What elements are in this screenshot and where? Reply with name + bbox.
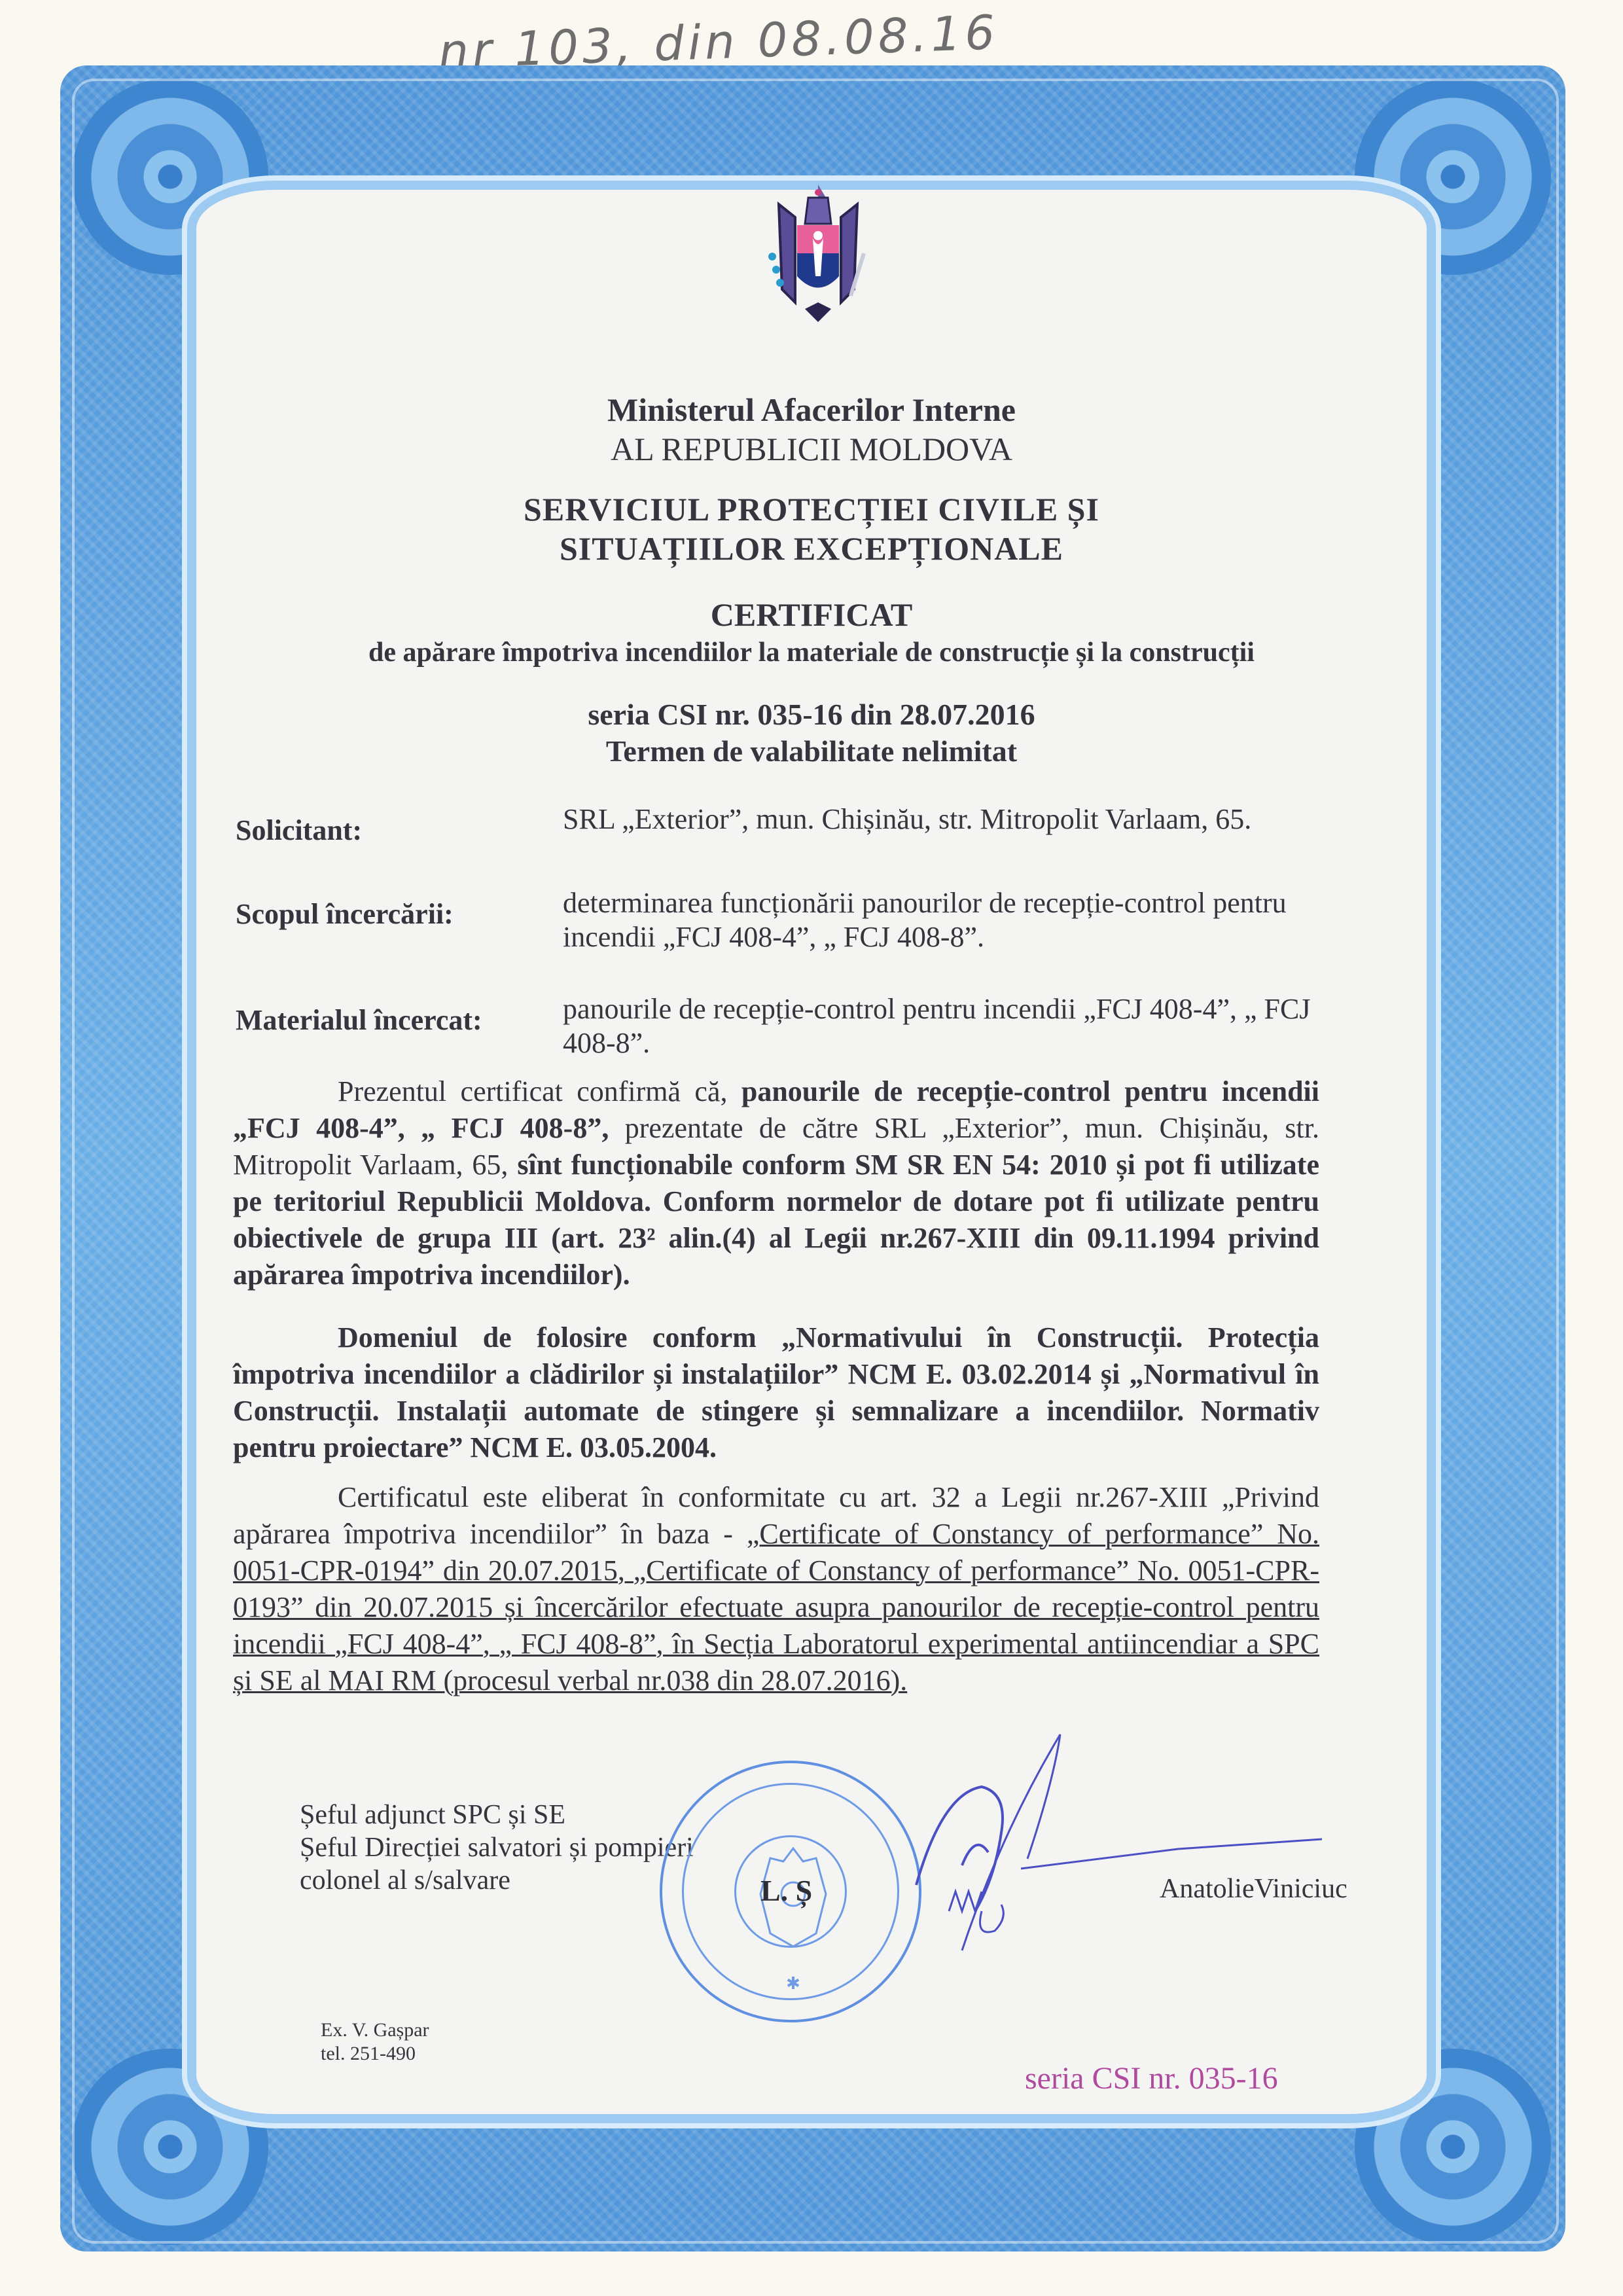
field-tested-material: Materialul încercat: panourile de recepț… xyxy=(236,992,1322,1060)
field-label: Scopul încercării: xyxy=(236,886,563,954)
legal-basis-paragraph: Certificatul este eliberat în conformita… xyxy=(233,1479,1319,1699)
service-heading: SERVICIUL PROTECȚIEI CIVILE ȘI SITUAȚIIL… xyxy=(196,490,1427,568)
seal-placement-mark: L. Ș xyxy=(760,1873,812,1908)
signatory-titles: Șeful adjunct SPC și SE Șeful Direcției … xyxy=(300,1799,694,1897)
certificate-subtitle: de apărare împotriva incendiilor la mate… xyxy=(196,634,1427,672)
field-label: Solicitant: xyxy=(236,802,563,848)
ministry-heading: Ministerul Afacerilor Interne AL REPUBLI… xyxy=(196,390,1427,469)
executor-name: Ex. V. Gașpar xyxy=(321,2018,429,2042)
service-name-line2: SITUAȚIILOR EXCEPȚIONALE xyxy=(196,529,1427,568)
coat-of-arms-icon xyxy=(753,178,883,329)
field-value: determinarea funcționării panourilor de … xyxy=(563,886,1322,954)
svg-text:✱: ✱ xyxy=(786,1974,800,1993)
text-run: Prezentul certificat confirmă că, xyxy=(338,1075,741,1107)
serial-number-stamp: seria CSI nr. 035-16 xyxy=(1025,2060,1278,2096)
signatory-title-line1: Șeful adjunct SPC și SE xyxy=(300,1799,694,1831)
certificate-fields: Solicitant: SRL „Exterior”, mun. Chișină… xyxy=(236,802,1322,1098)
handwritten-signature-icon xyxy=(903,1715,1322,1964)
signatory-title-line3: colonel al s/salvare xyxy=(300,1864,694,1897)
field-value: panourile de recepție-control pentru inc… xyxy=(563,992,1322,1060)
certificate-heading: CERTIFICAT de apărare împotriva incendii… xyxy=(196,596,1427,672)
certificate-series: seria CSI nr. 035-16 din 28.07.2016 xyxy=(196,696,1427,733)
service-name-line1: SERVICIUL PROTECȚIEI CIVILE ȘI xyxy=(196,490,1427,529)
confirmation-paragraph: Prezentul certificat confirmă că, panour… xyxy=(233,1073,1319,1293)
field-value: SRL „Exterior”, mun. Chișinău, str. Mitr… xyxy=(563,802,1322,848)
signer-name: AnatolieViniciuc xyxy=(1160,1873,1347,1905)
executor-phone: tel. 251-490 xyxy=(321,2042,429,2066)
field-test-purpose: Scopul încercării: determinarea funcțion… xyxy=(236,886,1322,954)
ministry-name: Ministerul Afacerilor Interne xyxy=(196,390,1427,429)
ministry-country: AL REPUBLICII MOLDOVA xyxy=(196,429,1427,469)
signatory-title-line2: Șeful Direcției salvatori și pompieri xyxy=(300,1831,694,1864)
field-label: Materialul încercat: xyxy=(236,992,563,1060)
scope-of-use-paragraph: Domeniul de folosire conform „Normativul… xyxy=(233,1319,1319,1466)
executor-info: Ex. V. Gașpar tel. 251-490 xyxy=(321,2018,429,2066)
series-block: seria CSI nr. 035-16 din 28.07.2016 Term… xyxy=(196,696,1427,770)
certificate-title: CERTIFICAT xyxy=(196,596,1427,634)
field-applicant: Solicitant: SRL „Exterior”, mun. Chișină… xyxy=(236,802,1322,848)
validity-term: Termen de valabilitate nelimitat xyxy=(196,733,1427,770)
